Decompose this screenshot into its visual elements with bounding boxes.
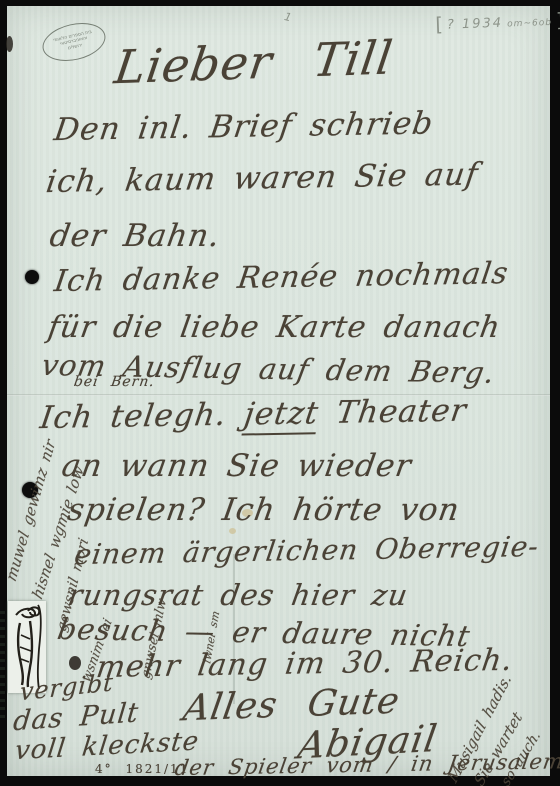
body-line-7: Ich telegh. jetzt Theater: [38, 393, 469, 437]
body-line-8: an wann Sie wieder: [59, 448, 414, 484]
interline-note: bei Bern.: [73, 374, 156, 390]
edge-mark: [6, 36, 13, 52]
line-7-underlined-word: jetzt: [241, 395, 321, 435]
line-7-post: Theater: [334, 393, 469, 431]
page-mark: 1: [283, 10, 293, 24]
letter-paper: בית הספרים הלאומי והאוניברסיטאי ירושלים …: [7, 6, 550, 776]
bracket-word: om~6ob: [507, 18, 552, 30]
scanned-letter-page: בית הספרים הלאומי והאוניברסיטאי ירושלים …: [0, 0, 560, 786]
shelfmark: 4° 1821/11: [95, 762, 189, 776]
salutation: Lieber Till: [111, 30, 396, 94]
body-line-9: spielen? Ich hörte von: [65, 492, 462, 528]
body-line-10: einem ärgerlichen Oberregie-: [72, 530, 541, 571]
body-line-5: für die liebe Karte danach: [45, 310, 503, 345]
bracket-close: ]: [556, 10, 560, 32]
archival-bracket-note: [ ? 1934 om~6ob ]: [435, 10, 560, 36]
ink-blot: [69, 656, 81, 670]
stain-2: [229, 528, 236, 534]
body-line-4: Ich danke Renée nochmals: [52, 256, 511, 299]
body-line-3: der Bahn.: [47, 218, 223, 254]
punch-hole-top: [25, 270, 39, 284]
library-stamp: בית הספרים הלאומי והאוניברסיטאי ירושלים: [39, 17, 109, 66]
bracket-year: ? 1934: [447, 16, 504, 33]
bracket-open: [: [435, 14, 443, 36]
line-7-pre: Ich telegh.: [38, 397, 229, 436]
body-line-1: Den inl. Brief schrieb: [52, 105, 436, 148]
body-line-11: rungsrat des hier zu: [66, 578, 411, 612]
body-line-2: ich, kaum waren Sie auf: [44, 156, 481, 200]
perforation-edge: [0, 611, 5, 721]
